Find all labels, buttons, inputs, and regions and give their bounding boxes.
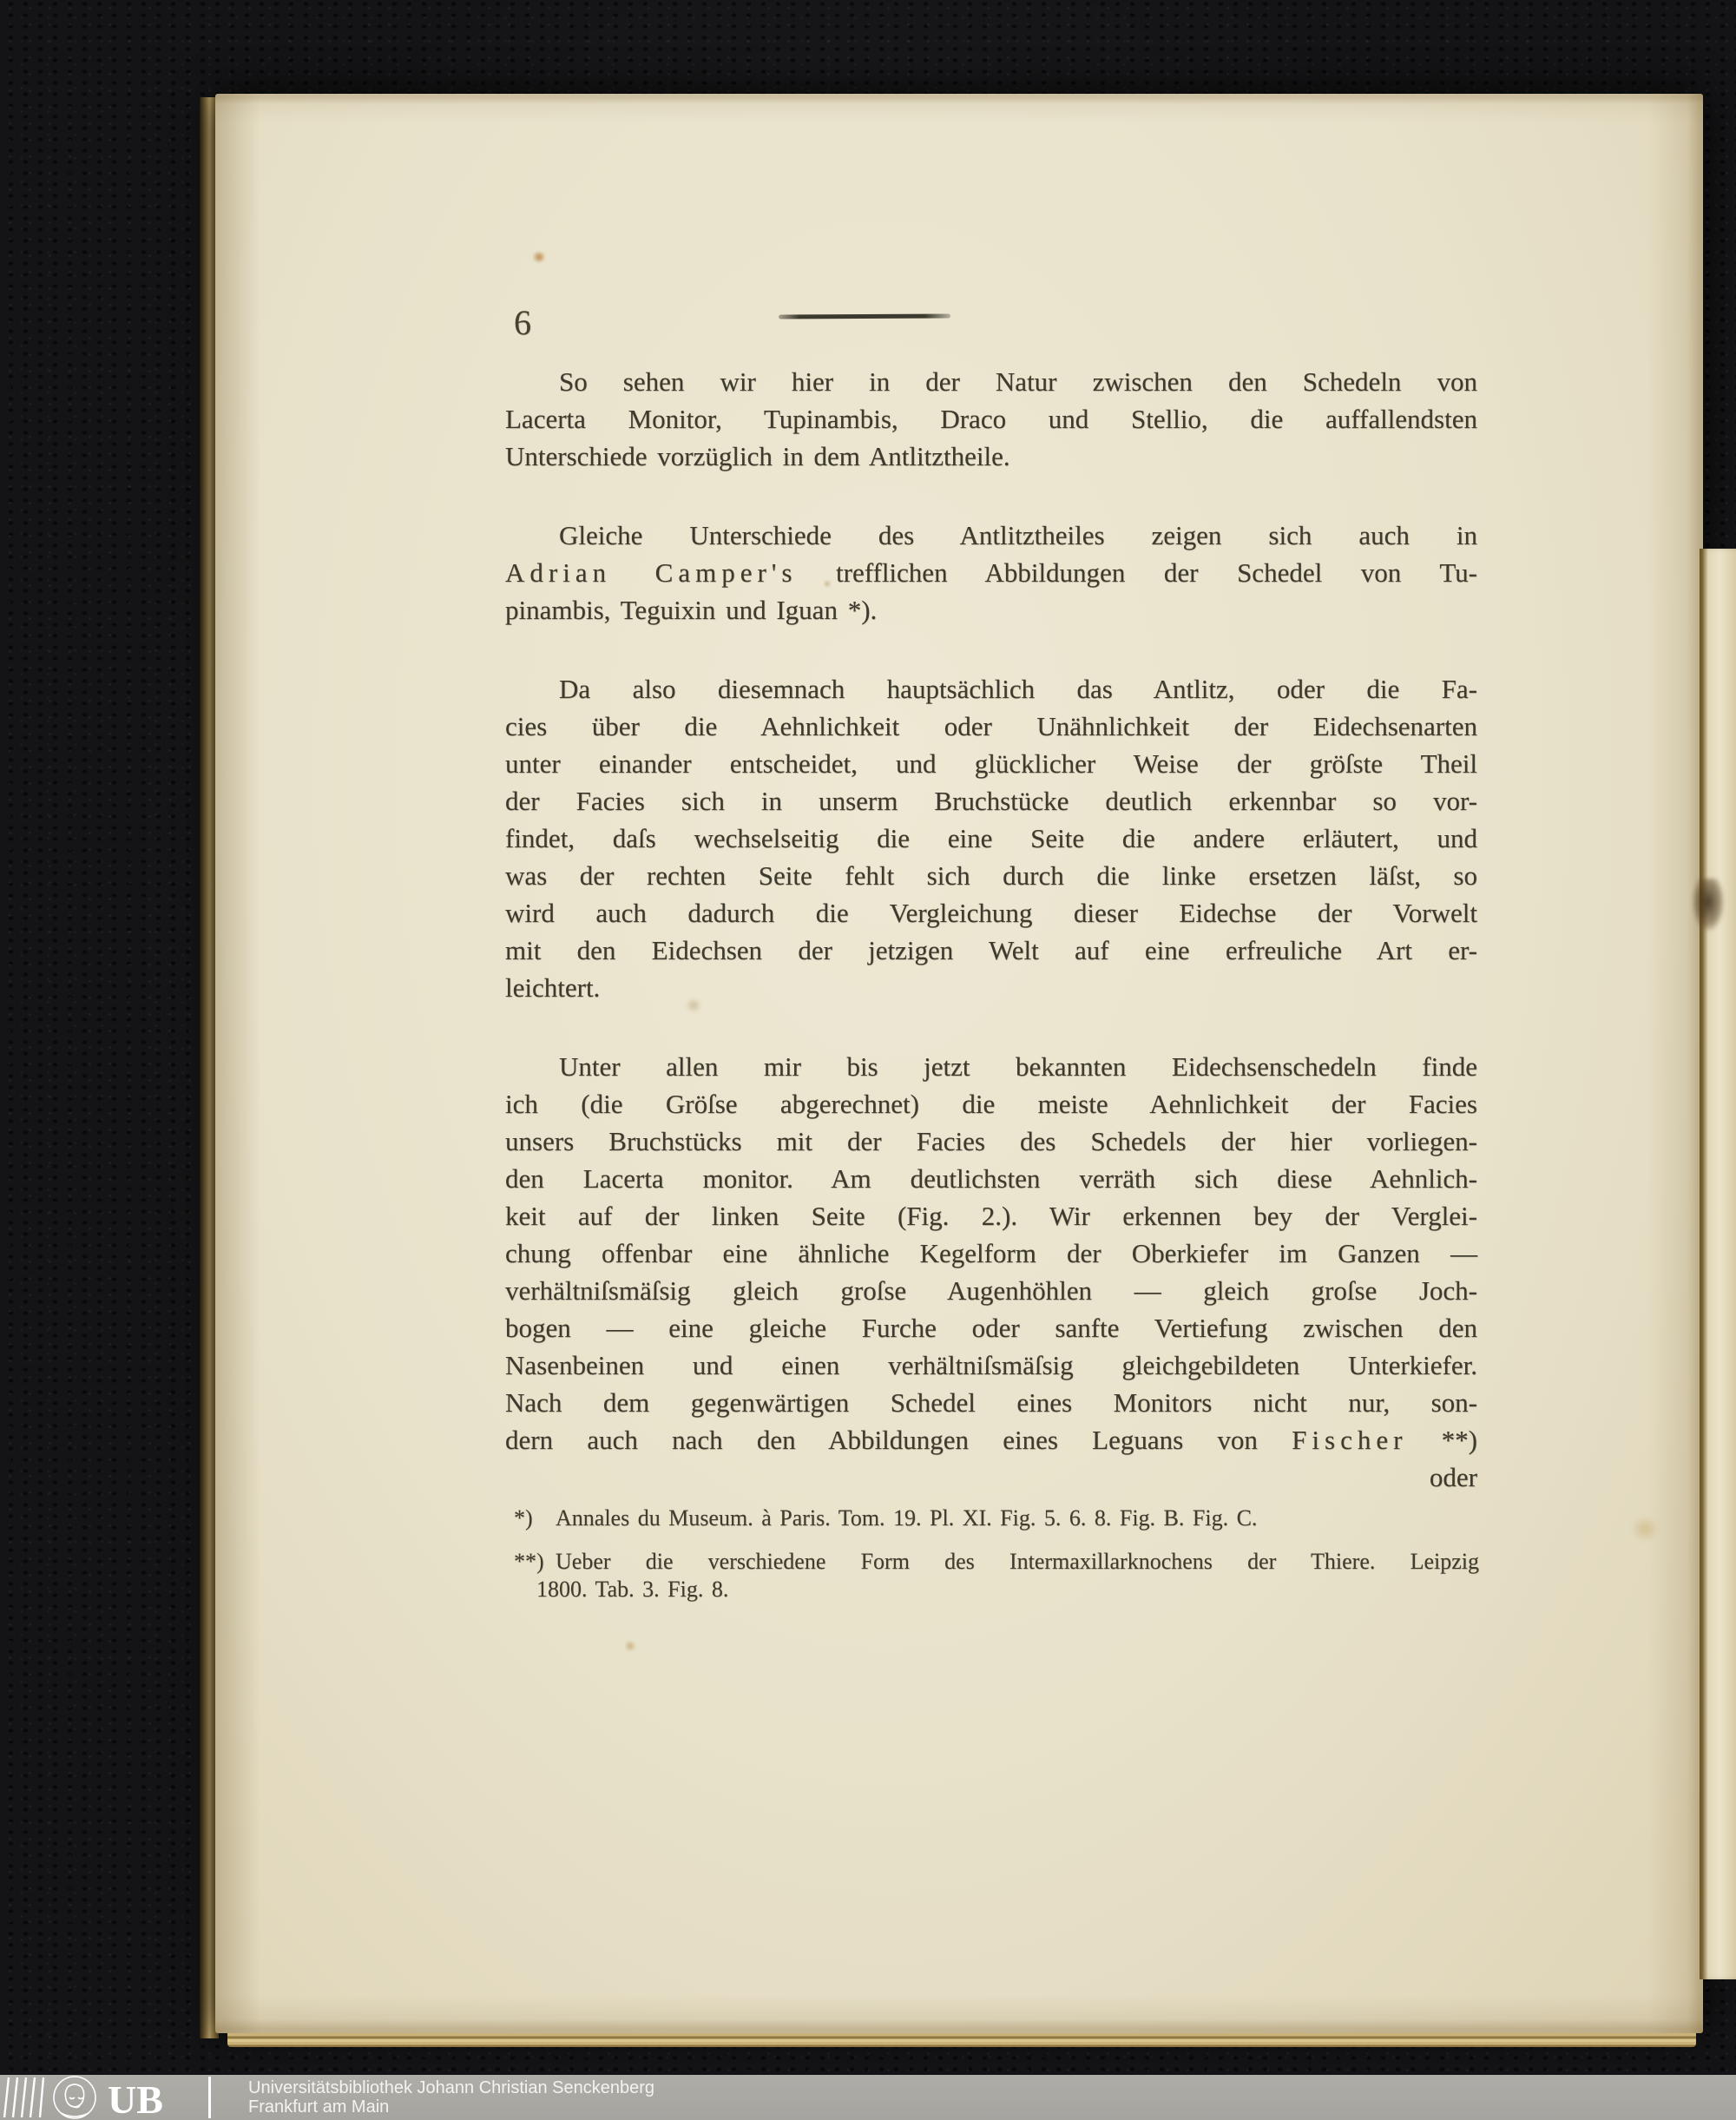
text-line: leichtert. xyxy=(505,969,1477,1006)
page-stack-edge xyxy=(1700,549,1736,1979)
text-line: den Lacerta monitor. Am deutlichsten ver… xyxy=(505,1160,1477,1197)
text-line: was der rechten Seite fehlt sich durch d… xyxy=(505,857,1477,894)
text-line: Gleiche Unterschiede des Antlitztheiles … xyxy=(505,517,1477,554)
text-line: Unterschiede vorzüglich in dem Antlitzth… xyxy=(505,438,1477,475)
text-line: Lacerta Monitor, Tupinambis, Draco und S… xyxy=(505,400,1477,438)
paper-stain xyxy=(1630,1518,1660,1540)
text-line: cies über die Aehnlichkeit oder Unähnlic… xyxy=(505,708,1477,745)
text-line: findet, daſs wechselseitig die eine Seit… xyxy=(505,820,1477,857)
text-line: wird auch dadurch die Vergleichung diese… xyxy=(505,894,1477,932)
footnote-line: **)Ueber die verschiedene Form des Inter… xyxy=(514,1548,1479,1576)
footnote: **)Ueber die verschiedene Form des Inter… xyxy=(514,1548,1479,1603)
book-page: 6 So sehen wir hier in der Natur zwische… xyxy=(215,94,1703,2033)
footnote-marker: *) xyxy=(514,1504,556,1532)
logo-portrait xyxy=(54,2077,95,2118)
paragraph: Gleiche Unterschiede des Antlitztheiles … xyxy=(505,517,1477,629)
text-line: Nach dem gegenwärtigen Schedel eines Mon… xyxy=(505,1384,1477,1421)
text-line: unter einander entscheidet, und glücklic… xyxy=(505,745,1477,782)
paragraph: Da also diesemnach hauptsächlich das Ant… xyxy=(505,670,1477,1006)
text-line: oder xyxy=(505,1458,1477,1496)
text-line: pinambis, Teguixin und Iguan *). xyxy=(505,591,1477,629)
page-edge-mark xyxy=(1693,879,1724,931)
library-footer-bar: UB Universitätsbibliothek Johann Christi… xyxy=(0,2075,1736,2120)
logo-divider xyxy=(208,2077,211,2118)
footnote-text: Annales du Museum. à Paris. Tom. 19. Pl.… xyxy=(556,1504,1479,1532)
text-block: So sehen wir hier in der Natur zwischen … xyxy=(505,363,1477,1496)
footnote-continuation: 1800. Tab. 3. Fig. 8. xyxy=(514,1576,1479,1603)
library-city: Frankfurt am Main xyxy=(248,2097,654,2117)
logo-ub-text: UB xyxy=(108,2077,163,2120)
footnotes: *)Annales du Museum. à Paris. Tom. 19. P… xyxy=(514,1504,1479,1619)
text-line: ich (die Gröſse abgerechnet) die meiste … xyxy=(505,1085,1477,1123)
text-line: chung offenbar eine ähnliche Kegelform d… xyxy=(505,1234,1477,1272)
footnote-text: Ueber die verschiedene Form des Intermax… xyxy=(556,1548,1479,1576)
text-line: unsers Bruchstücks mit der Facies des Sc… xyxy=(505,1123,1477,1160)
text-line: Da also diesemnach hauptsächlich das Ant… xyxy=(505,670,1477,708)
text-line: verhältniſsmäſsig gleich groſse Augenhöh… xyxy=(505,1272,1477,1309)
text-line: bogen — eine gleiche Furche oder sanfte … xyxy=(505,1309,1477,1346)
text-line: Adrian Camper's trefflichen Abbildungen … xyxy=(505,554,1477,591)
logo-books xyxy=(4,2077,43,2117)
page-number: 6 xyxy=(514,302,531,343)
ub-logo-icon: UB xyxy=(0,2075,215,2120)
text-line: Unter allen mir bis jetzt bekannten Eide… xyxy=(505,1048,1477,1085)
paragraph: So sehen wir hier in der Natur zwischen … xyxy=(505,363,1477,475)
paragraph: Unter allen mir bis jetzt bekannten Eide… xyxy=(505,1048,1477,1496)
footnote-line: *)Annales du Museum. à Paris. Tom. 19. P… xyxy=(514,1504,1479,1532)
footnote-marker: **) xyxy=(514,1548,556,1576)
library-name: Universitätsbibliothek Johann Christian … xyxy=(248,2078,654,2097)
text-line: So sehen wir hier in der Natur zwischen … xyxy=(505,363,1477,400)
paper-stain xyxy=(533,252,545,262)
header-rule xyxy=(779,313,950,319)
footnote: *)Annales du Museum. à Paris. Tom. 19. P… xyxy=(514,1504,1479,1532)
text-line: keit auf der linken Seite (Fig. 2.). Wir… xyxy=(505,1197,1477,1234)
text-line: der Facies sich in unserm Bruchstücke de… xyxy=(505,782,1477,820)
text-line: mit den Eidechsen der jetzigen Welt auf … xyxy=(505,932,1477,969)
scanned-book-viewer: { "page": { "number": "6", "paragraphs":… xyxy=(0,0,1736,2120)
paper-stain xyxy=(623,1641,637,1651)
library-footer-text: Universitätsbibliothek Johann Christian … xyxy=(248,2078,654,2117)
text-line: dern auch nach den Abbildungen eines Leg… xyxy=(505,1421,1477,1458)
bottom-page-edges xyxy=(227,2033,1696,2047)
text-line: Nasenbeinen und einen verhältniſsmäſsig … xyxy=(505,1346,1477,1384)
